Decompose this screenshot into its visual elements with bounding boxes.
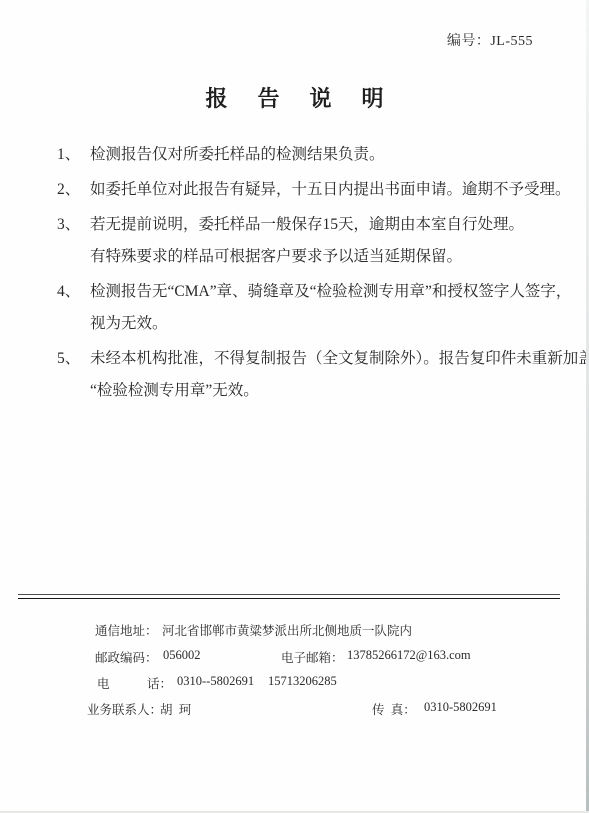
postcode-value: 056002: [163, 648, 201, 663]
contact-person-value: 胡 珂: [160, 700, 191, 718]
fax-value: 0310-5802691: [424, 700, 497, 715]
footer-row-address: 通信地址： 河北省邯郸市黄粱梦派出所北侧地质一队院内: [0, 621, 589, 638]
list-item-number: 3、: [57, 209, 90, 273]
address-label: 通信地址：: [95, 621, 158, 639]
list-item-number: 2、: [57, 174, 90, 206]
notice-list: 1、 检测报告仅对所委托样品的检测结果负责。 2、 如委托单位对此报告有疑异，十…: [57, 139, 562, 410]
footer-row-postcode-email: 邮政编码： 056002 电子邮箱： 13785266172@163.com: [0, 648, 589, 665]
list-item-text: 检测报告仅对所委托样品的检测结果负责。: [90, 139, 562, 171]
phone-label-right: 话：: [147, 674, 172, 692]
page-title-wrap: 报告说明: [0, 82, 589, 113]
list-item-5: 5、 未经本机构批准，不得复制报告（全文复制除外）。报告复印件未重新加盖 “检验…: [57, 343, 562, 407]
list-item-number: 5、: [57, 343, 90, 407]
contact-person-label: 业务联系人：: [87, 700, 162, 718]
list-item-1: 1、 检测报告仅对所委托样品的检测结果负责。: [57, 139, 562, 171]
postcode-label: 邮政编码：: [95, 648, 158, 666]
list-item-line: 检测报告仅对所委托样品的检测结果负责。: [90, 139, 562, 171]
list-item-line: 有特殊要求的样品可根据客户要求予以适当延期保留。: [90, 241, 562, 273]
list-item-text: 未经本机构批准，不得复制报告（全文复制除外）。报告复印件未重新加盖 “检验检测专…: [90, 343, 589, 407]
report-notice-page: 编号：JL-555 报告说明 1、 检测报告仅对所委托样品的检测结果负责。 2、…: [0, 0, 589, 813]
list-item-line: 未经本机构批准，不得复制报告（全文复制除外）。报告复印件未重新加盖: [90, 343, 589, 375]
doc-number-label: 编号：: [447, 34, 491, 49]
list-item-text: 检测报告无“CMA”章、骑缝章及“检验检测专用章”和授权签字人签字， 视为无效。: [90, 276, 571, 340]
list-item-2: 2、 如委托单位对此报告有疑异，十五日内提出书面申请。逾期不予受理。: [57, 174, 562, 206]
list-item-4: 4、 检测报告无“CMA”章、骑缝章及“检验检测专用章”和授权签字人签字， 视为…: [57, 276, 562, 340]
list-item-line: 如委托单位对此报告有疑异，十五日内提出书面申请。逾期不予受理。: [90, 174, 571, 206]
address-value: 河北省邯郸市黄粱梦派出所北侧地质一队院内: [162, 621, 412, 639]
phone-number-1: 0310--5802691: [177, 674, 254, 689]
fax-label: 传 真：: [372, 700, 416, 718]
list-item-text: 如委托单位对此报告有疑异，十五日内提出书面申请。逾期不予受理。: [90, 174, 571, 206]
list-item-line: “检验检测专用章”无效。: [90, 375, 589, 407]
email-label: 电子邮箱：: [281, 648, 344, 666]
page-title: 报告说明: [205, 86, 413, 111]
doc-number-value: JL-555: [490, 34, 533, 49]
list-item-line: 若无提前说明，委托样品一般保存15天，逾期由本室自行处理。: [90, 209, 562, 241]
footer-row-phone: 电 话： 0310--5802691 15713206285: [0, 674, 589, 691]
footer-separator-line: [18, 594, 560, 599]
phone-number-2: 15713206285: [268, 674, 337, 689]
doc-number: 编号：JL-555: [447, 30, 533, 50]
list-item-line: 视为无效。: [90, 308, 571, 340]
list-item-number: 1、: [57, 139, 90, 171]
list-item-text: 若无提前说明，委托样品一般保存15天，逾期由本室自行处理。 有特殊要求的样品可根…: [90, 209, 562, 273]
list-item-number: 4、: [57, 276, 90, 340]
email-value: 13785266172@163.com: [347, 648, 471, 663]
footer-row-contact-fax: 业务联系人： 胡 珂 传 真： 0310-5802691: [0, 700, 589, 717]
phone-label-left: 电: [97, 674, 110, 692]
list-item-3: 3、 若无提前说明，委托样品一般保存15天，逾期由本室自行处理。 有特殊要求的样…: [57, 209, 562, 273]
list-item-line: 检测报告无“CMA”章、骑缝章及“检验检测专用章”和授权签字人签字，: [90, 276, 571, 308]
